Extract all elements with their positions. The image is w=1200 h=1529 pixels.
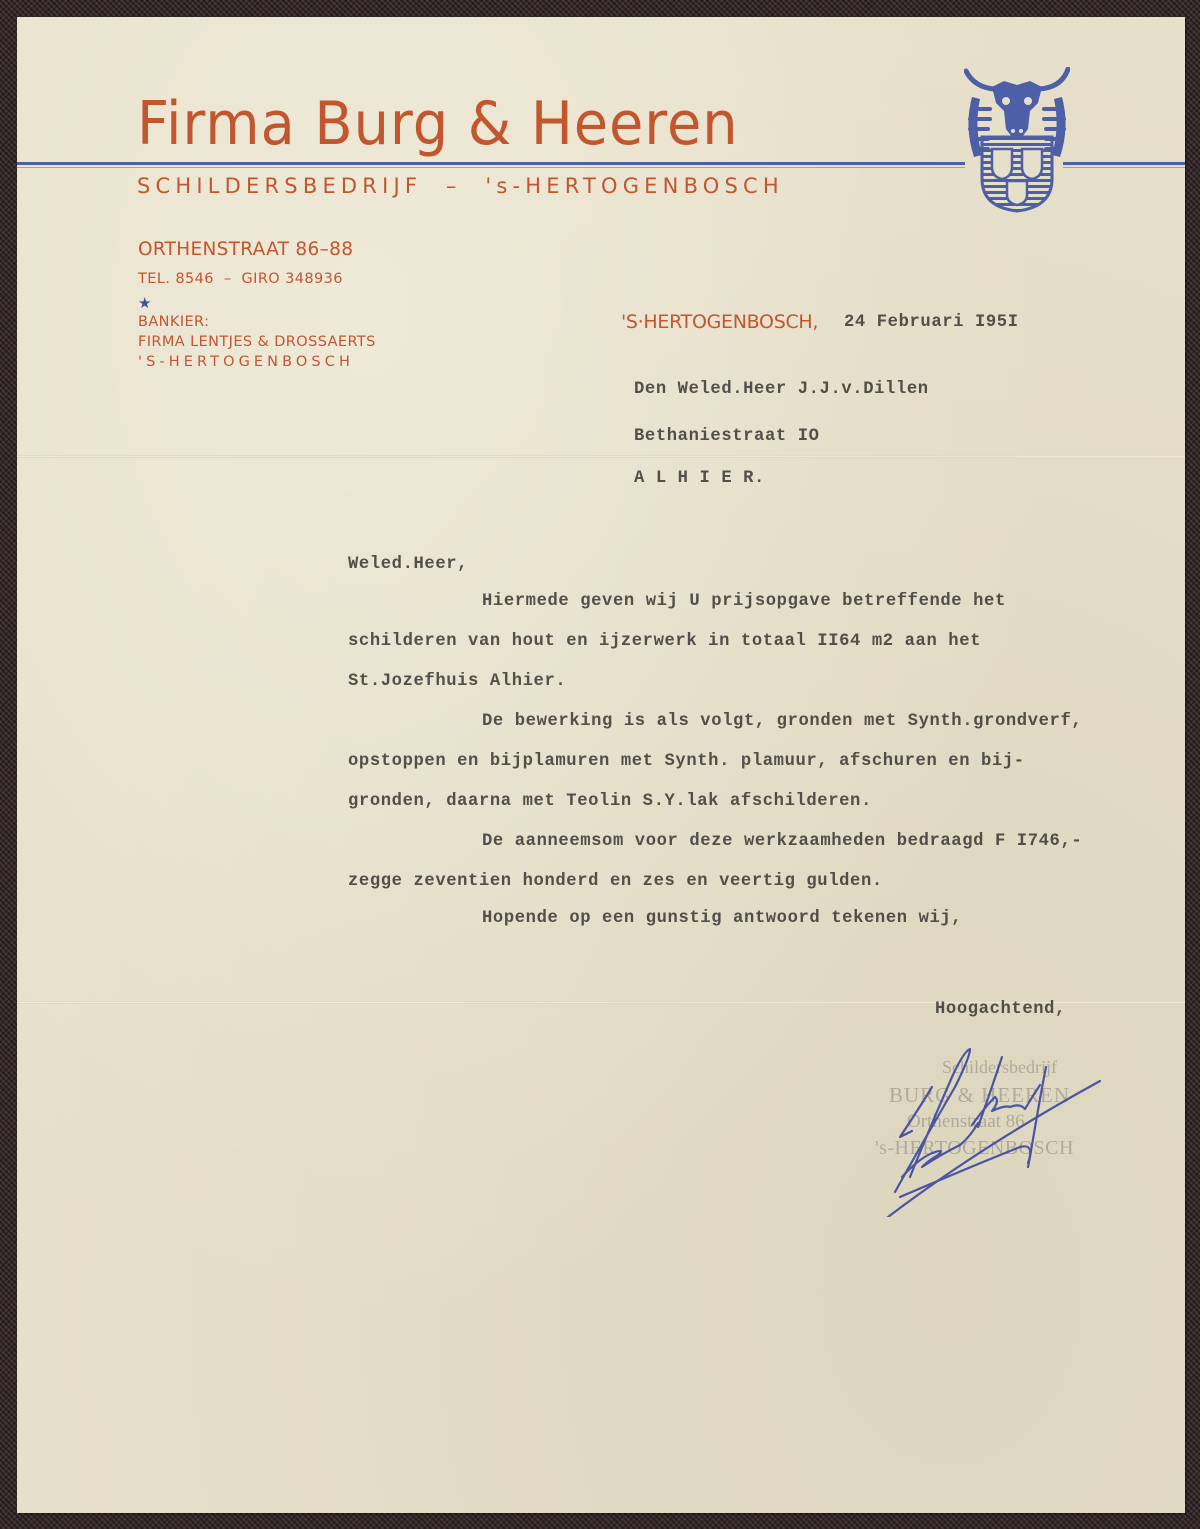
header-rule-right-thin: [1063, 167, 1185, 168]
recipient-street: Bethaniestraat IO: [634, 427, 820, 446]
valediction: Hoogachtend,: [935, 1000, 1066, 1019]
bank-city: 'S-HERTOGENBOSCH: [138, 354, 354, 370]
bull-head-crest-icon: [964, 67, 1070, 213]
bank-label: BANKIER:: [138, 314, 209, 330]
body-line: opstoppen en bijplamuren met Synth. plam…: [348, 752, 1025, 771]
header-rule-right: [1063, 162, 1185, 165]
company-subtitle: SCHILDERSBEDRIJF – 's-HERTOGENBOSCH: [137, 174, 784, 198]
body-line: gronden, daarna met Teolin S.Y.lak afsch…: [348, 792, 872, 811]
bank-name: FIRMA LENTJES & DROSSAERTS: [138, 334, 376, 350]
header-rule-left: [17, 162, 965, 165]
company-name: Firma Burg & Heeren: [137, 89, 739, 159]
body-line: Hiermede geven wij U prijsopgave betreff…: [482, 592, 1006, 611]
body-line: St.Jozefhuis Alhier.: [348, 672, 566, 691]
header-rule-left-thin: [17, 167, 965, 168]
body-line: De bewerking is als volgt, gronden met S…: [482, 712, 1082, 731]
body-line: Hopende op een gunstig antwoord tekenen …: [482, 909, 962, 928]
recipient-city: A L H I E R.: [634, 469, 765, 488]
dateline-city: 'S·HERTOGENBOSCH,: [621, 311, 818, 333]
body-line: schilderen van hout en ijzerwerk in tota…: [348, 632, 981, 651]
star-icon: ★: [138, 294, 151, 313]
company-phone-giro: TEL. 8546 – GIRO 348936: [138, 271, 343, 287]
body-line: zegge zeventien honderd en zes en veerti…: [348, 872, 883, 891]
body-line: De aanneemsom voor deze werkzaamheden be…: [482, 832, 1082, 851]
letter-date: 24 Februari I95I: [844, 313, 1019, 332]
letter-paper: Firma Burg & Heeren SCHILDERSBEDRIJF – '…: [17, 17, 1185, 1513]
recipient-name: Den Weled.Heer J.J.v.Dillen: [634, 380, 929, 399]
company-address: ORTHENSTRAAT 86–88: [138, 239, 353, 260]
fold-line: [17, 455, 1185, 458]
salutation: Weled.Heer,: [348, 555, 468, 574]
handwritten-signature-icon: [860, 1027, 1120, 1217]
